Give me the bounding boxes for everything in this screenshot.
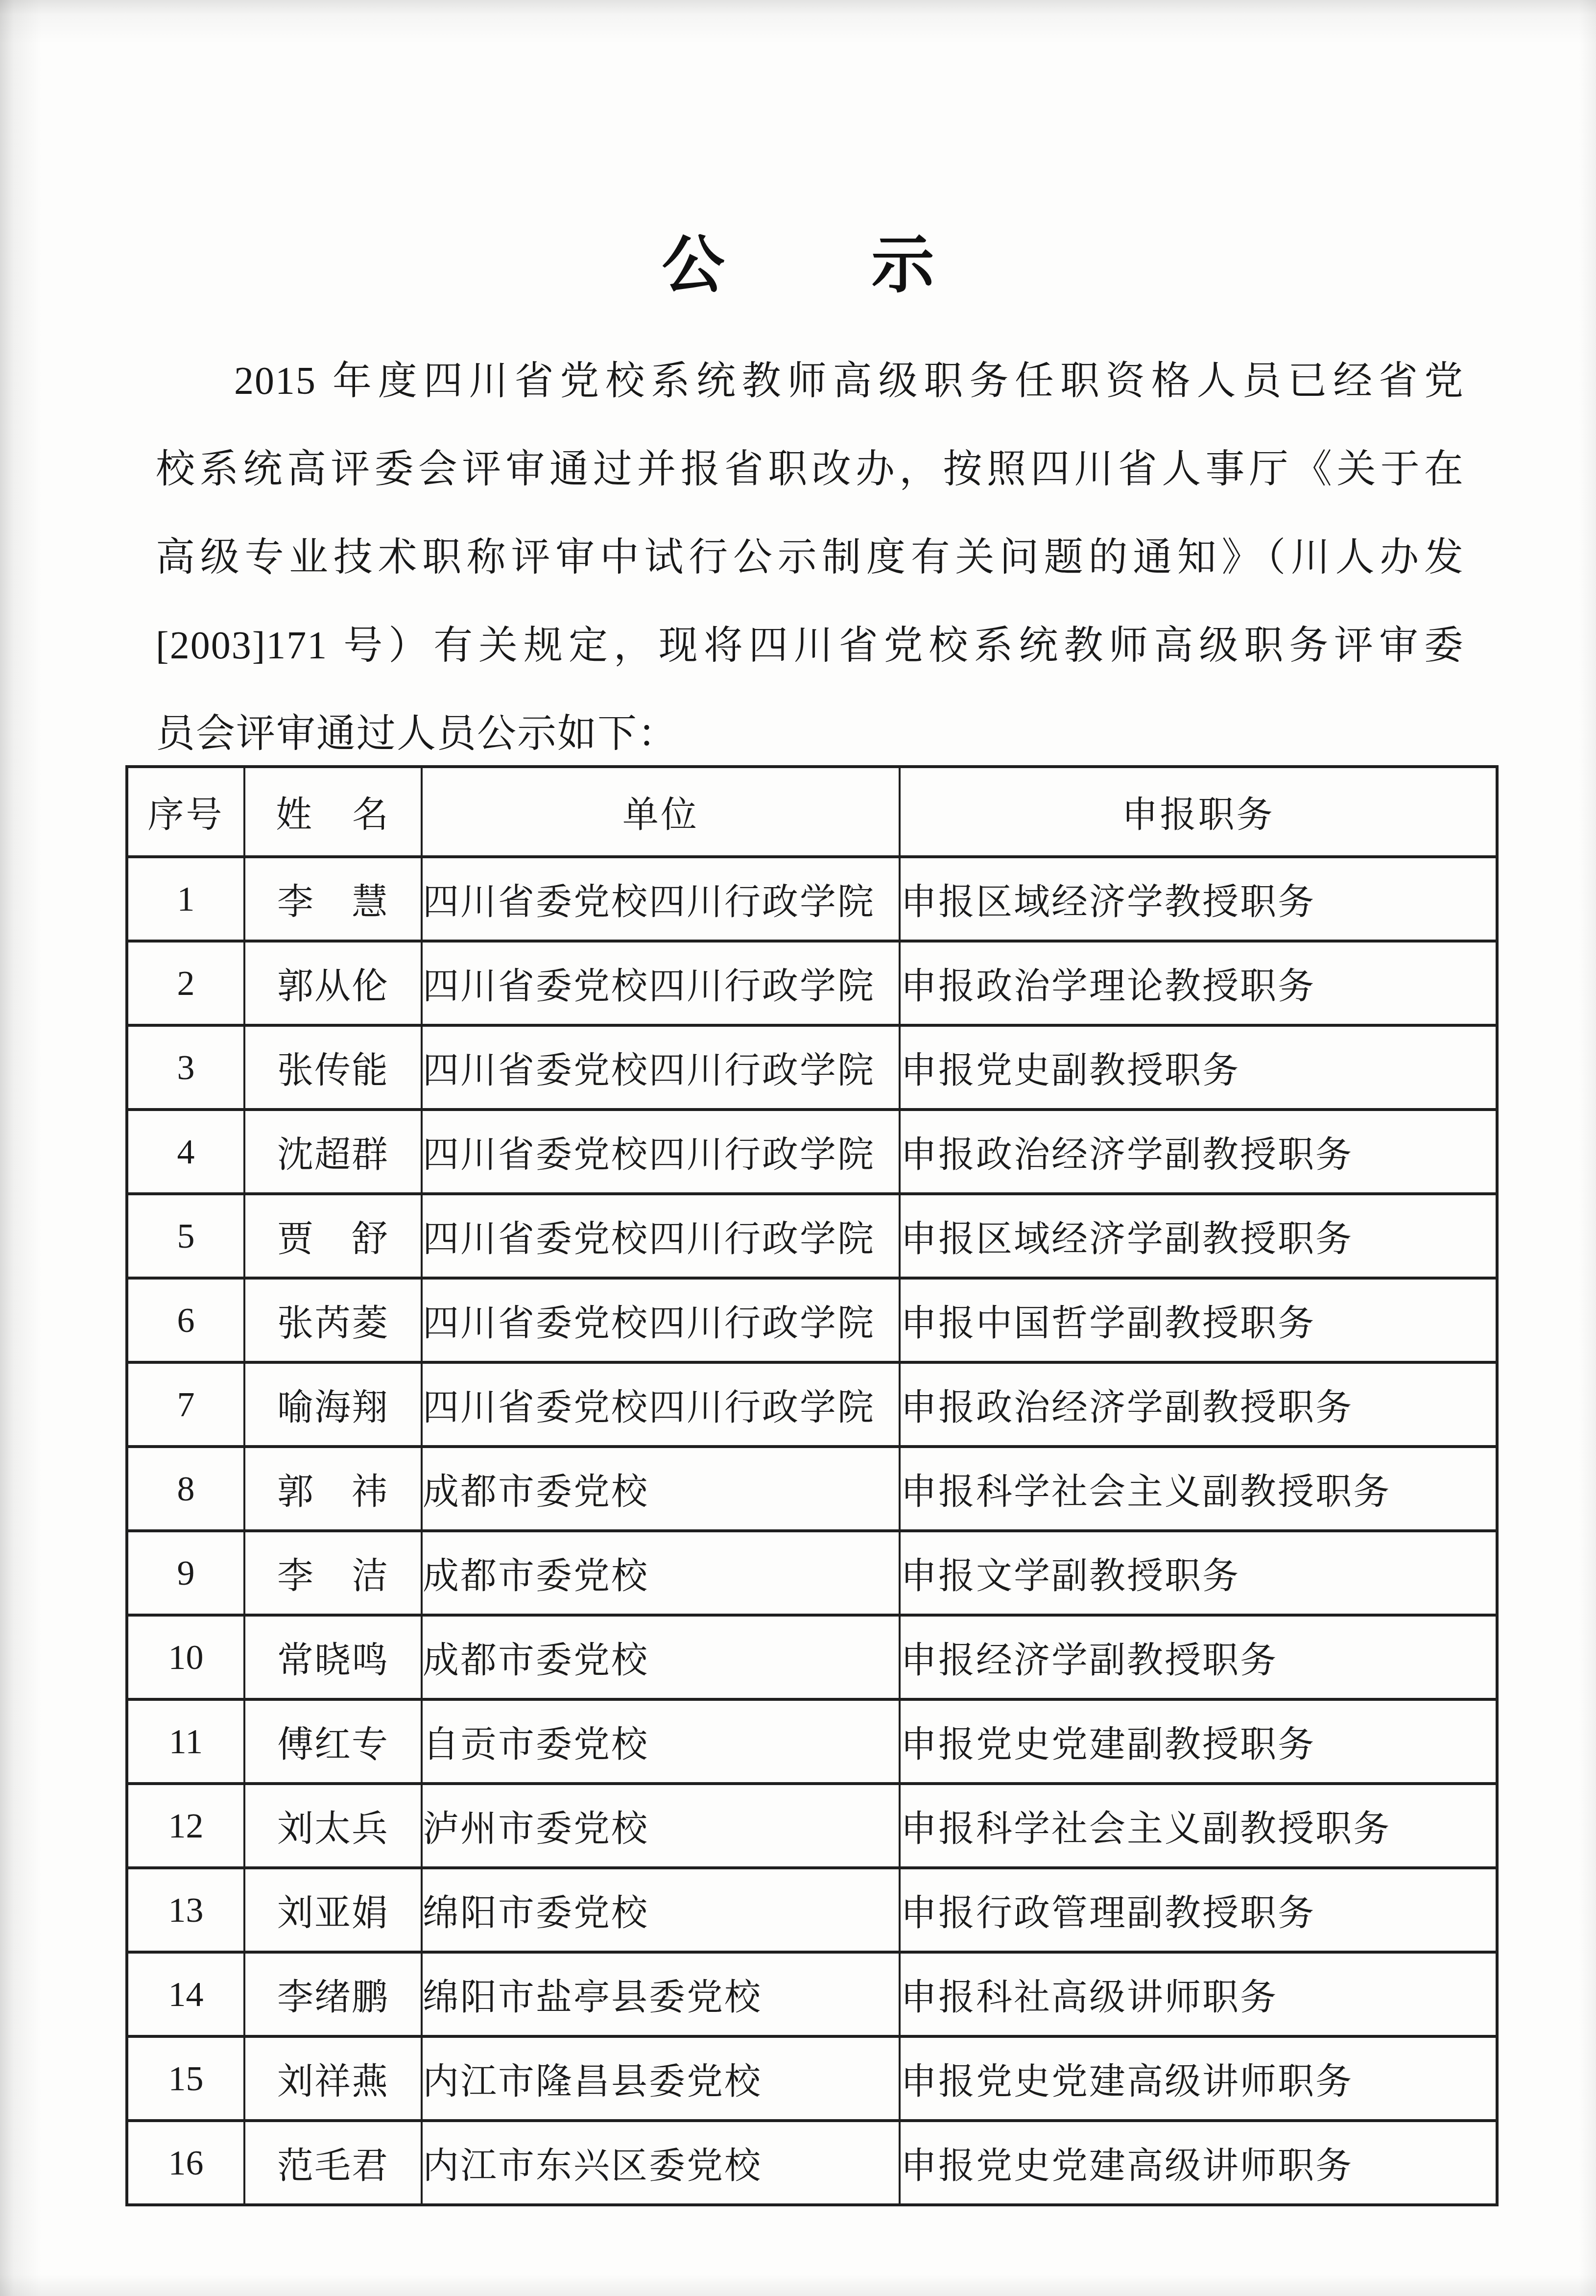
intro-line-3: 高级专业技术职称评审中试行公示制度有关问题的通知》（川人办发 <box>156 513 1464 602</box>
cell-index: 5 <box>127 1194 244 1278</box>
cell-index: 15 <box>127 2036 244 2121</box>
header-position: 申报职务 <box>900 767 1497 857</box>
cell-index: 7 <box>127 1362 244 1447</box>
cell-position: 申报政治经济学副教授职务 <box>900 1110 1497 1194</box>
intro-line-5: 员会评审通过人员公示如下： <box>156 690 1464 778</box>
page-title: 公 示 <box>0 215 1596 305</box>
table-row: 2郭从伦四川省委党校四川行政学院申报政治学理论教授职务 <box>127 941 1497 1025</box>
cell-position: 申报党史党建副教授职务 <box>900 1699 1497 1784</box>
cell-unit: 成都市委党校 <box>422 1531 900 1615</box>
cell-unit: 四川省委党校四川行政学院 <box>422 1278 900 1362</box>
cell-position: 申报党史副教授职务 <box>900 1025 1497 1110</box>
table-row: 12刘太兵泸州市委党校申报科学社会主义副教授职务 <box>127 1784 1497 1868</box>
table-row: 14李绪鹏绵阳市盐亭县委党校申报科社高级讲师职务 <box>127 1952 1497 2036</box>
cell-name: 李绪鹏 <box>244 1952 422 2036</box>
cell-unit: 四川省委党校四川行政学院 <box>422 1362 900 1447</box>
title-char-left: 公 <box>662 215 724 305</box>
table-row: 1李 慧四川省委党校四川行政学院申报区域经济学教授职务 <box>127 857 1497 941</box>
cell-name: 李 洁 <box>244 1531 422 1615</box>
table-row: 9李 洁成都市委党校申报文学副教授职务 <box>127 1531 1497 1615</box>
cell-position: 申报政治学理论教授职务 <box>900 941 1497 1025</box>
table-row: 7喻海翔四川省委党校四川行政学院申报政治经济学副教授职务 <box>127 1362 1497 1447</box>
table-row: 16范毛君内江市东兴区委党校申报党史党建高级讲师职务 <box>127 2121 1497 2205</box>
cell-unit: 内江市隆昌县委党校 <box>422 2036 900 2121</box>
cell-index: 10 <box>127 1615 244 1699</box>
cell-name: 范毛君 <box>244 2121 422 2205</box>
cell-unit: 四川省委党校四川行政学院 <box>422 1025 900 1110</box>
cell-unit: 内江市东兴区委党校 <box>422 2121 900 2205</box>
table-body: 1李 慧四川省委党校四川行政学院申报区域经济学教授职务2郭从伦四川省委党校四川行… <box>127 857 1497 2205</box>
cell-unit: 成都市委党校 <box>422 1447 900 1531</box>
cell-index: 1 <box>127 857 244 941</box>
cell-position: 申报文学副教授职务 <box>900 1531 1497 1615</box>
cell-unit: 泸州市委党校 <box>422 1784 900 1868</box>
header-index: 序号 <box>127 767 244 857</box>
cell-position: 申报经济学副教授职务 <box>900 1615 1497 1699</box>
cell-index: 9 <box>127 1531 244 1615</box>
cell-unit: 四川省委党校四川行政学院 <box>422 941 900 1025</box>
intro-line-4: [2003]171 号）有关规定，现将四川省党校系统教师高级职务评审委 <box>156 602 1464 690</box>
table-row: 15刘祥燕内江市隆昌县委党校申报党史党建高级讲师职务 <box>127 2036 1497 2121</box>
table-row: 3张传能四川省委党校四川行政学院申报党史副教授职务 <box>127 1025 1497 1110</box>
cell-name: 刘祥燕 <box>244 2036 422 2121</box>
table-row: 5贾 舒四川省委党校四川行政学院申报区域经济学副教授职务 <box>127 1194 1497 1278</box>
cell-name: 张传能 <box>244 1025 422 1110</box>
cell-position: 申报党史党建高级讲师职务 <box>900 2121 1497 2205</box>
review-table: 序号 姓 名 单位 申报职务 1李 慧四川省委党校四川行政学院申报区域经济学教授… <box>125 765 1499 2206</box>
cell-index: 16 <box>127 2121 244 2205</box>
table-row: 11傅红专自贡市委党校申报党史党建副教授职务 <box>127 1699 1497 1784</box>
header-unit: 单位 <box>422 767 900 857</box>
cell-name: 郭从伦 <box>244 941 422 1025</box>
cell-unit: 四川省委党校四川行政学院 <box>422 1194 900 1278</box>
cell-unit: 成都市委党校 <box>422 1615 900 1699</box>
cell-index: 11 <box>127 1699 244 1784</box>
cell-index: 13 <box>127 1868 244 1952</box>
cell-position: 申报科学社会主义副教授职务 <box>900 1447 1497 1531</box>
cell-name: 沈超群 <box>244 1110 422 1194</box>
cell-name: 傅红专 <box>244 1699 422 1784</box>
cell-unit: 四川省委党校四川行政学院 <box>422 857 900 941</box>
cell-unit: 绵阳市委党校 <box>422 1868 900 1952</box>
cell-name: 贾 舒 <box>244 1194 422 1278</box>
cell-index: 14 <box>127 1952 244 2036</box>
cell-index: 4 <box>127 1110 244 1194</box>
cell-position: 申报区域经济学教授职务 <box>900 857 1497 941</box>
table-row: 4沈超群四川省委党校四川行政学院申报政治经济学副教授职务 <box>127 1110 1497 1194</box>
cell-unit: 绵阳市盐亭县委党校 <box>422 1952 900 2036</box>
intro-line-1: 2015 年度四川省党校系统教师高级职务任职资格人员已经省党 <box>156 337 1464 425</box>
title-char-right: 示 <box>872 215 934 305</box>
cell-index: 6 <box>127 1278 244 1362</box>
cell-name: 张芮菱 <box>244 1278 422 1362</box>
cell-index: 8 <box>127 1447 244 1531</box>
cell-unit: 自贡市委党校 <box>422 1699 900 1784</box>
table-row: 10常晓鸣成都市委党校申报经济学副教授职务 <box>127 1615 1497 1699</box>
table-row: 6张芮菱四川省委党校四川行政学院申报中国哲学副教授职务 <box>127 1278 1497 1362</box>
table-row: 13刘亚娟绵阳市委党校申报行政管理副教授职务 <box>127 1868 1497 1952</box>
cell-name: 常晓鸣 <box>244 1615 422 1699</box>
table-header: 序号 姓 名 单位 申报职务 <box>127 767 1497 857</box>
cell-name: 刘亚娟 <box>244 1868 422 1952</box>
cell-position: 申报区域经济学副教授职务 <box>900 1194 1497 1278</box>
document-page: 公 示 2015 年度四川省党校系统教师高级职务任职资格人员已经省党 校系统高评… <box>0 0 1596 2296</box>
table-row: 8郭 祎成都市委党校申报科学社会主义副教授职务 <box>127 1447 1497 1531</box>
cell-position: 申报中国哲学副教授职务 <box>900 1278 1497 1362</box>
intro-line-2: 校系统高评委会评审通过并报省职改办，按照四川省人事厅《关于在 <box>156 425 1464 513</box>
cell-position: 申报科学社会主义副教授职务 <box>900 1784 1497 1868</box>
cell-index: 12 <box>127 1784 244 1868</box>
cell-index: 3 <box>127 1025 244 1110</box>
cell-name: 喻海翔 <box>244 1362 422 1447</box>
cell-name: 刘太兵 <box>244 1784 422 1868</box>
cell-name: 李 慧 <box>244 857 422 941</box>
cell-position: 申报科社高级讲师职务 <box>900 1952 1497 2036</box>
table-header-row: 序号 姓 名 单位 申报职务 <box>127 767 1497 857</box>
header-name: 姓 名 <box>244 767 422 857</box>
cell-position: 申报党史党建高级讲师职务 <box>900 2036 1497 2121</box>
cell-unit: 四川省委党校四川行政学院 <box>422 1110 900 1194</box>
cell-index: 2 <box>127 941 244 1025</box>
intro-paragraph: 2015 年度四川省党校系统教师高级职务任职资格人员已经省党 校系统高评委会评审… <box>156 337 1464 778</box>
cell-position: 申报政治经济学副教授职务 <box>900 1362 1497 1447</box>
cell-name: 郭 祎 <box>244 1447 422 1531</box>
cell-position: 申报行政管理副教授职务 <box>900 1868 1497 1952</box>
